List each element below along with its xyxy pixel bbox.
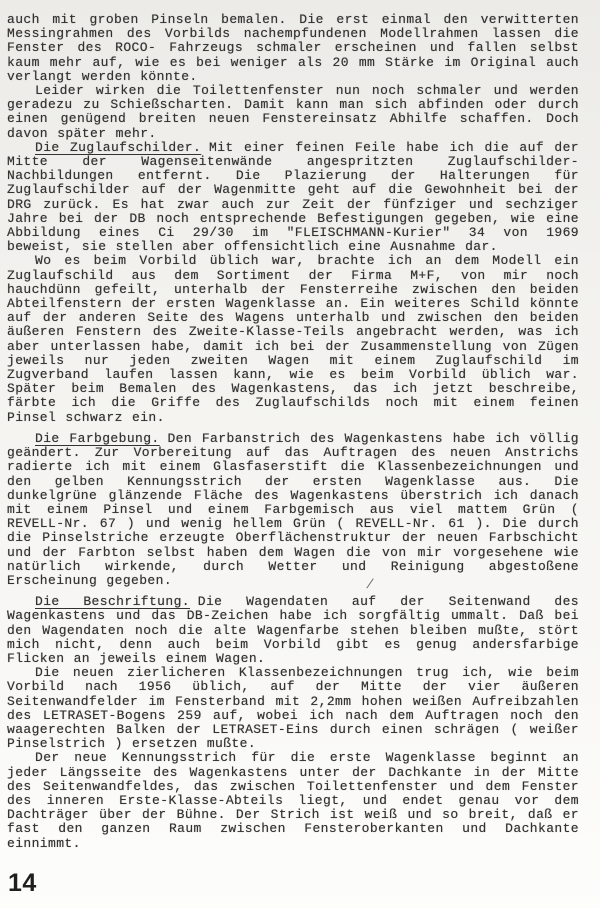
page-body: auch mit groben Pinseln bemalen. Die ers… [0, 0, 600, 851]
paragraph-farbgebung: Die Farbgebung.Den Farbanstrich des Wage… [7, 432, 579, 588]
paragraph-zuglaufschilder: Die Zuglaufschilder.Mit einer feinen Fei… [7, 141, 579, 255]
paragraph: Der neue Kennungsstrich für die erste Wa… [7, 751, 579, 850]
paragraph: Wo es beim Vorbild üblich war, brachte i… [7, 254, 579, 424]
paragraph-text: Die neuen zierlicheren Klassenbezeichnun… [7, 665, 579, 751]
paragraph-text: Wo es beim Vorbild üblich war, brachte i… [7, 253, 579, 424]
paragraph: Leider wirken die Toilettenfenster nun n… [7, 84, 579, 141]
section-heading-farbgebung: Die Farbgebung. [35, 431, 160, 446]
scanned-document-page: { "page": { "page_number": "14", "paragr… [0, 0, 600, 908]
paragraph-beschriftung: Die Beschriftung.Die Wagendaten auf der … [7, 595, 579, 666]
paragraph-continuation: auch mit groben Pinseln bemalen. Die ers… [7, 13, 579, 84]
paragraph-text: Leider wirken die Toilettenfenster nun n… [7, 83, 579, 141]
paragraph: Die neuen zierlicheren Klassenbezeichnun… [7, 666, 579, 751]
paragraph-text: Den Farbanstrich des Wagenkastens habe i… [7, 431, 579, 588]
section-heading-zuglaufschilder: Die Zuglaufschilder. [35, 140, 201, 155]
paragraph-text: auch mit groben Pinseln bemalen. Die ers… [7, 12, 579, 84]
page-number: 14 [8, 869, 37, 898]
paragraph-text: Mit einer feinen Feile habe ich die auf … [7, 140, 579, 254]
section-heading-beschriftung: Die Beschriftung. [35, 594, 190, 609]
paragraph-text: Der neue Kennungsstrich für die erste Wa… [7, 750, 579, 850]
